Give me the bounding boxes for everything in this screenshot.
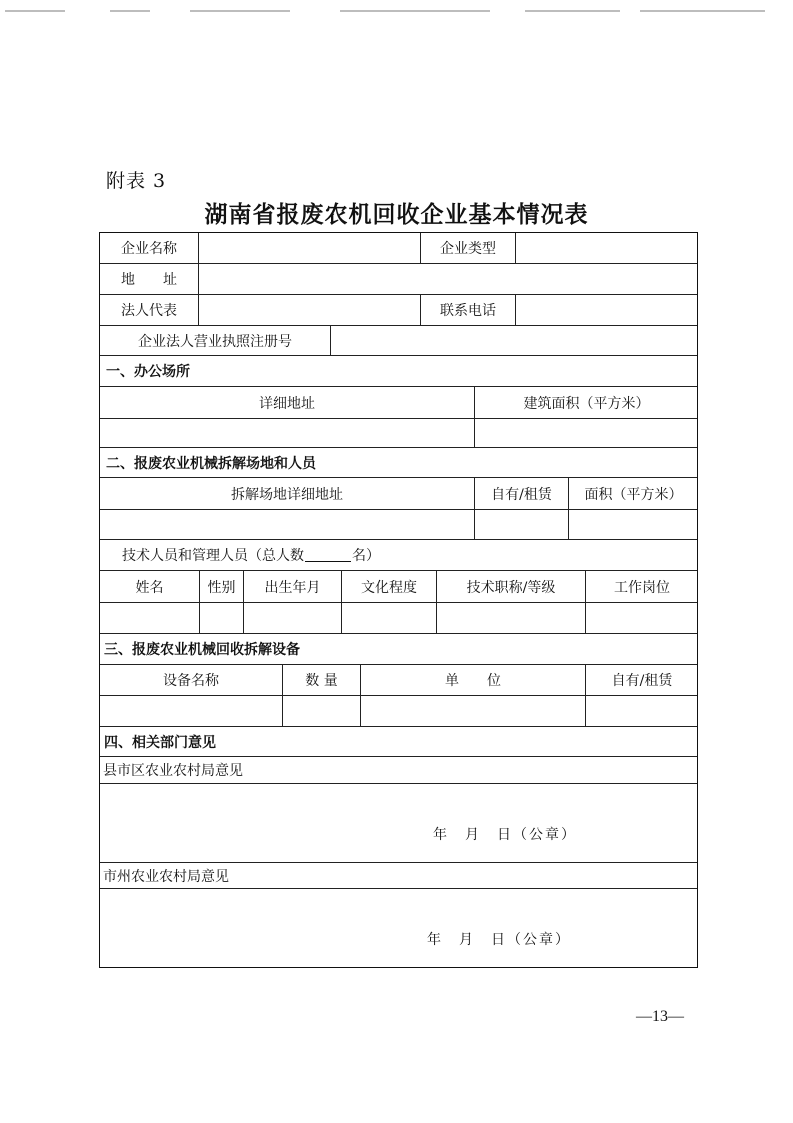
document-title: 湖南省报废农机回收企业基本情况表 [0,196,793,229]
section-dismantling-title: 二、报废农业机械拆解场地和人员 [100,448,698,477]
row-address: 地 址 [100,264,697,295]
equipment-ownership-field[interactable] [586,696,698,726]
staff-name-header: 姓名 [100,571,200,602]
company-name-field[interactable] [199,233,421,263]
staff-label-suffix: 名） [352,545,380,565]
company-name-label: 企业名称 [100,233,199,263]
site-ownership-field[interactable] [475,510,569,539]
staff-input-row [100,603,697,634]
equipment-quantity-header: 数 量 [283,665,361,695]
scan-artifact [5,10,65,12]
staff-count-label: 技术人员和管理人员（总人数名） [100,540,698,570]
equipment-input-row [100,696,697,727]
annex-label: 附表 3 [106,166,166,193]
page-number: —13— [636,1008,684,1026]
company-type-label: 企业类型 [421,233,516,263]
city-opinion-box[interactable]: 年 月 日（公章） [100,889,697,967]
site-area-header: 面积（平方米） [569,478,698,509]
section-equipment-title: 三、报废农业机械回收拆解设备 [100,634,698,664]
county-opinion-label-row: 县市区农业农村局意见 [100,757,697,784]
office-address-header: 详细地址 [100,387,475,418]
staff-count-field[interactable] [305,549,351,562]
office-input-row [100,419,697,448]
county-opinion-label: 县市区农业农村局意见 [100,757,698,783]
staff-title-header: 技术职称/等级 [437,571,586,602]
scan-artifact [190,10,290,12]
staff-birth-header: 出生年月 [244,571,342,602]
section-equipment-title-row: 三、报废农业机械回收拆解设备 [100,634,697,665]
equipment-header-row: 设备名称 数 量 单 位 自有/租赁 [100,665,697,696]
county-date-stamp: 年 月 日（公章） [433,824,577,844]
row-legal-rep: 法人代表 联系电话 [100,295,697,326]
equipment-name-field[interactable] [100,696,283,726]
staff-title-field[interactable] [437,603,586,633]
row-license: 企业法人营业执照注册号 [100,326,697,356]
section-opinions-title: 四、相关部门意见 [100,727,698,756]
scan-artifact [640,10,765,12]
legal-rep-field[interactable] [199,295,421,325]
address-label: 地 址 [100,264,199,294]
office-area-field[interactable] [475,419,698,447]
county-opinion-box[interactable]: 年 月 日（公章） [100,784,697,863]
phone-label: 联系电话 [421,295,516,325]
row-company-name: 企业名称 企业类型 [100,233,697,264]
section-office-title: 一、办公场所 [100,356,698,386]
site-address-field[interactable] [100,510,475,539]
legal-rep-label: 法人代表 [100,295,199,325]
office-address-field[interactable] [100,419,475,447]
address-field[interactable] [199,264,698,294]
staff-label-prefix: 技术人员和管理人员（总人数 [122,545,304,565]
site-header-row: 拆解场地详细地址 自有/租赁 面积（平方米） [100,478,697,510]
equipment-name-header: 设备名称 [100,665,283,695]
site-address-header: 拆解场地详细地址 [100,478,475,509]
staff-header-row: 姓名 性别 出生年月 文化程度 技术职称/等级 工作岗位 [100,571,697,603]
city-date-stamp: 年 月 日（公章） [427,929,571,949]
equipment-quantity-field[interactable] [283,696,361,726]
company-type-field[interactable] [516,233,698,263]
staff-gender-field[interactable] [200,603,244,633]
equipment-unit-header: 单 位 [361,665,586,695]
city-opinion-label-row: 市州农业农村局意见 [100,863,697,889]
license-no-label: 企业法人营业执照注册号 [100,326,331,355]
staff-gender-header: 性别 [200,571,244,602]
staff-position-field[interactable] [586,603,698,633]
staff-education-field[interactable] [342,603,437,633]
section-opinions-title-row: 四、相关部门意见 [100,727,697,757]
office-header-row: 详细地址 建筑面积（平方米） [100,387,697,419]
section-office-title-row: 一、办公场所 [100,356,697,387]
phone-field[interactable] [516,295,698,325]
staff-education-header: 文化程度 [342,571,437,602]
staff-position-header: 工作岗位 [586,571,698,602]
site-input-row [100,510,697,540]
license-no-field[interactable] [331,326,698,355]
office-area-header: 建筑面积（平方米） [475,387,698,418]
site-ownership-header: 自有/租赁 [475,478,569,509]
site-area-field[interactable] [569,510,698,539]
staff-name-field[interactable] [100,603,200,633]
enterprise-info-form: 企业名称 企业类型 地 址 法人代表 联系电话 企业法人营业执照注册号 一、办公… [99,232,698,968]
staff-birth-field[interactable] [244,603,342,633]
city-opinion-label: 市州农业农村局意见 [100,863,698,888]
scan-artifact [525,10,620,12]
scan-artifact [340,10,490,12]
staff-label-row: 技术人员和管理人员（总人数名） [100,540,697,571]
scan-artifact [110,10,150,12]
section-dismantling-title-row: 二、报废农业机械拆解场地和人员 [100,448,697,478]
equipment-unit-field[interactable] [361,696,586,726]
equipment-ownership-header: 自有/租赁 [586,665,698,695]
